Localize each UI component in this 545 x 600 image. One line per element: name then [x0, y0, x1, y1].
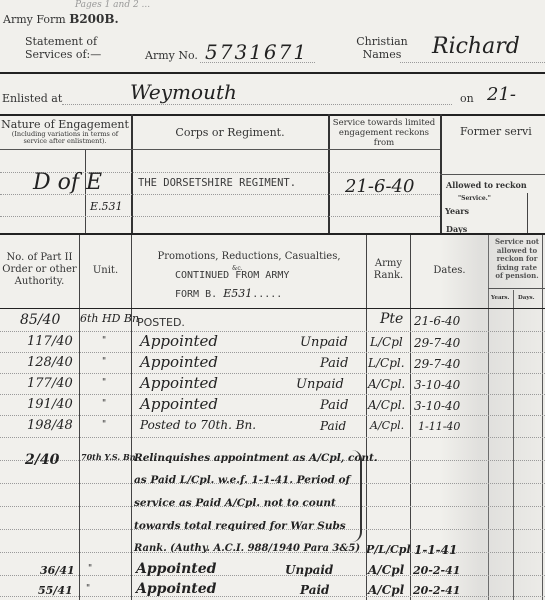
row-authority: 191/40 [27, 397, 73, 412]
pension-years-header: Years. [491, 295, 509, 301]
authority-header-line3: Authority. [0, 276, 79, 288]
continued-form-number[interactable]: E531 [223, 287, 252, 300]
row-pay: Paid [320, 419, 346, 433]
corps-header: Corps or Regiment. [132, 126, 328, 139]
pension-days-header: Days. [518, 295, 535, 301]
relinquish-line-1: Relinquishes appointment as A/Cpl, cont. [134, 452, 378, 464]
row-pay: Unpaid [285, 563, 333, 577]
years-label: Years [445, 206, 469, 216]
row-authority: 177/40 [27, 376, 73, 391]
nature-sub-value[interactable]: E.531 [90, 200, 123, 213]
row-unit: " [88, 564, 92, 574]
unit-header: Unit. [80, 265, 131, 276]
row-rank: Pte [380, 311, 403, 327]
former-service-header: Former servi [460, 125, 532, 138]
dates-header: Dates. [411, 265, 488, 276]
row-entry: Appointed [140, 374, 218, 392]
statement-label-line1: Statement of [25, 35, 101, 48]
engagement-top-border [0, 114, 545, 116]
relinquish-authority: 2/40 [25, 452, 59, 468]
row-date: 3-10-40 [414, 378, 460, 392]
row-rank: L/Cpl [370, 335, 403, 349]
relinquish-line-5: Rank. (Authy. A.C.I. 988/1940 Para 3&5) [134, 543, 360, 554]
on-value[interactable]: 21- [487, 84, 516, 105]
christian-names-label: Christian Names [352, 35, 412, 61]
row-authority: 198/48 [27, 418, 73, 433]
army-no-label: Army No. [145, 49, 198, 62]
reckons-header: Service towards limited engagement recko… [329, 118, 439, 148]
row-entry: Appointed [136, 581, 216, 597]
row-pay: Paid [300, 583, 329, 597]
row-pay: Unpaid [296, 377, 344, 392]
row-unit: " [86, 584, 90, 594]
row-date: 20-2-41 [413, 584, 460, 597]
row-date: 3-10-40 [414, 399, 460, 413]
row-unit: 6th HD Bn [80, 312, 139, 325]
relinquish-line-4: towards total required for War Subs [134, 520, 346, 532]
relinquish-line-2: as Paid L/Cpl. w.e.f. 1-1-41. Period of [134, 474, 350, 486]
regiment-value[interactable]: THE DORSETSHIRE REGIMENT. [138, 177, 296, 189]
row-authority: 36/41 [40, 564, 75, 577]
reckons-header-line2: engagement reckons from [329, 128, 439, 148]
promotions-header: Promotions, Reductions, Casualties, [132, 251, 366, 262]
row-unit: " [102, 357, 106, 367]
row-date: 29-7-40 [414, 336, 460, 350]
authority-header-line1: No. of Part II [0, 252, 79, 264]
row-rank: A/Cpl. [368, 377, 405, 391]
row-rank: L/Cpl. [368, 356, 405, 370]
relinquish-unit: 70th Y.S. Bn [81, 452, 136, 462]
christian-names-value[interactable]: Richard [432, 34, 520, 59]
on-label: on [460, 92, 474, 105]
allowed-label: Allowed to reckon [446, 180, 527, 190]
rank-header-line1: Army [367, 258, 410, 270]
row-unit: " [102, 336, 106, 346]
statement-label: Statement of Services of:— [25, 35, 101, 61]
enlisted-value[interactable]: Weymouth [130, 80, 237, 104]
top-scrawl: Pages 1 and 2 ... [75, 0, 150, 10]
reckons-header-line1: Service towards limited [329, 118, 439, 128]
row-rank: A/Cpl. [368, 398, 405, 412]
row-unit: " [102, 378, 106, 388]
service-label: "Service." [458, 195, 491, 202]
form-code: B200B. [69, 12, 119, 26]
authority-header: No. of Part II Order or other Authority. [0, 252, 79, 288]
continued-amp: &c. [232, 265, 243, 272]
row-rank: A/Cpl. [370, 419, 404, 432]
nature-value[interactable]: D of E [33, 170, 102, 195]
pension-header: Service not allowed to reckon for fixing… [489, 238, 545, 281]
row-authority: 85/40 [20, 312, 60, 328]
row-unit: " [102, 420, 106, 430]
row-authority: 128/40 [27, 355, 73, 370]
reckons-from-value[interactable]: 21-6-40 [345, 176, 414, 197]
continued-form-label: FORM B. [175, 289, 217, 300]
christian-label-line1: Christian [352, 35, 412, 48]
row-entry: Posted to 70th. Bn. [140, 418, 256, 432]
enlisted-label: Enlisted at [2, 92, 62, 105]
relinquish-line-3: service as Paid A/Cpl. not to count [134, 497, 336, 509]
row-unit: " [102, 399, 106, 409]
form-name: Army Form [3, 13, 66, 26]
row-date: 1-11-40 [418, 420, 460, 433]
continued-line2: FORM B. E531..... [175, 287, 282, 300]
promotions-header-border [0, 308, 545, 309]
brace-icon [352, 450, 362, 542]
pension-header-line5: of pension. [489, 272, 545, 281]
statement-label-line2: Services of:— [25, 48, 101, 61]
nature-header-line3: service after enlistment). [0, 138, 130, 145]
row-entry: Appointed [136, 561, 216, 577]
rank-header-line2: Rank. [367, 270, 410, 282]
christian-label-line2: Names [352, 48, 412, 61]
authority-header-line2: Order or other [0, 264, 79, 276]
nature-header: Nature of Engagement (Including variatio… [0, 118, 130, 145]
form-id: Army Form B200B. [3, 12, 119, 26]
row-date: 29-7-40 [414, 357, 460, 371]
row-entry: POSTED. [137, 316, 185, 329]
row-pay: Paid [320, 398, 348, 413]
relinquish-rank: P/L/Cpl [366, 543, 411, 556]
row-entry: Appointed [140, 395, 218, 413]
row-entry: Appointed [140, 353, 218, 371]
army-no-value[interactable]: 5731671 [205, 40, 308, 64]
relinquish-date: 1-1-41 [414, 543, 457, 557]
header-divider [0, 72, 545, 74]
rank-header: Army Rank. [367, 258, 410, 282]
row-pay: Unpaid [300, 335, 348, 350]
row-date: 21-6-40 [414, 314, 460, 328]
row-pay: Paid [320, 356, 348, 371]
row-date: 20-2-41 [413, 564, 460, 577]
row-entry: Appointed [140, 332, 218, 350]
row-authority: 117/40 [27, 334, 73, 349]
row-authority: 55/41 [38, 584, 73, 597]
row-rank: A/Cpl [368, 583, 404, 597]
row-rank: A/Cpl [368, 563, 404, 577]
